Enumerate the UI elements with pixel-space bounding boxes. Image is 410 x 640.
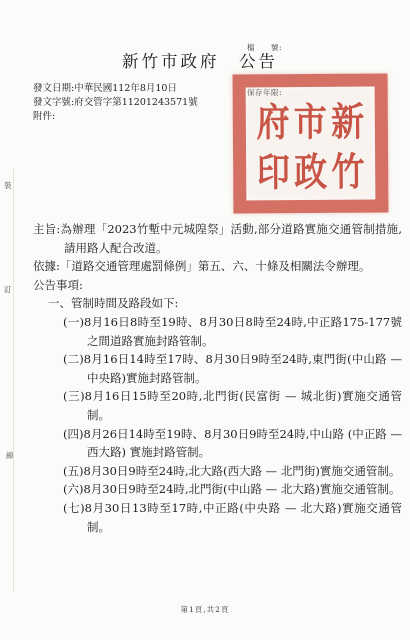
subject-paragraph: 主旨:為辦理「2023竹塹中元城隍祭」活動,部分道路實施交通管制措施,請用路人配… — [33, 220, 402, 257]
basis-text: 「道路交通管理處罰條例」第五、六、十條及相關法令辦理。 — [60, 259, 371, 273]
item-number: (三) — [63, 389, 85, 403]
seal-characters: 府 市 新 印 政 竹 — [254, 93, 367, 194]
page-title: 新竹市政府 公告 — [0, 48, 400, 72]
issue-date-line: 發文日期:中華民國112年8月10日 — [33, 82, 198, 96]
item-number: (七) — [63, 501, 85, 515]
issue-date-value: 中華民國112年8月10日 — [74, 83, 177, 94]
item-number: (五) — [63, 464, 83, 478]
doc-number-label: 發文字號: — [33, 97, 74, 108]
control-item-2: (二)8月16日14時至17時、8月30日9時至24時,東門街(中山路 — 中央… — [63, 350, 402, 387]
control-item-3: (三)8月16日15時至20時,北門街(民富街 — 城北街)實施交通管制。 — [63, 387, 402, 424]
binding-mark-ding: 訂 — [4, 284, 12, 295]
item-one-heading: 一、管制時間及路段如下: — [48, 294, 402, 313]
item-text: 8月26日14時至19時、8月30日9時至24時,中山路 (中正路 — 西大路)… — [84, 427, 402, 460]
subject-text: 為辦理「2023竹塹中元城隍祭」活動,部分道路實施交通管制措施,請用路人配合改道… — [60, 222, 402, 255]
subject-label: 主旨: — [33, 222, 60, 236]
basis-label: 依據: — [33, 259, 60, 273]
document-body: 主旨:為辦理「2023竹塹中元城隍祭」活動,部分道路實施交通管制措施,請用路人配… — [33, 220, 402, 536]
item-text: 8月16日8時至19時、8月30日8時至24時,中正路175-177號之間道路實… — [84, 315, 402, 348]
item-text: 8月30日9時至24時,北大路(西大路 — 北門街)實施交通管制。 — [83, 464, 400, 478]
control-item-6: (六)8月30日9時至24時,北門街(中山路 — 北大路)實施交通管制。 — [63, 480, 402, 499]
document-meta: 發文日期:中華民國112年8月10日 發文字號:府交管字第11201243571… — [33, 82, 198, 123]
item-number: (二) — [63, 352, 84, 366]
attachment-line: 附件: — [33, 110, 198, 124]
basis-paragraph: 依據:「道路交通管理處罰條例」第五、六、十條及相關法令辦理。 — [33, 257, 402, 276]
doc-number-line: 發文字號:府交管字第11201243571號 — [33, 96, 198, 110]
control-item-7: (七)8月30日13時至17時,中正路(中央路 — 北大路)實施交通管制。 — [63, 499, 402, 536]
page-number: 第1頁,共2頁 — [0, 604, 410, 615]
control-item-1: (一)8月16日8時至19時、8月30日8時至24時,中正路175-177號之間… — [63, 313, 402, 350]
seal-char: 政 — [292, 139, 330, 198]
official-seal: 府 市 新 印 政 竹 — [233, 73, 389, 213]
item-text: 8月16日15時至20時,北門街(民富街 — 城北街)實施交通管制。 — [85, 389, 402, 422]
seal-char: 印 — [254, 139, 292, 198]
binding-mark-xian: 線 — [6, 450, 14, 461]
item-text: 8月30日13時至17時,中正路(中央路 — 北大路)實施交通管制。 — [85, 501, 402, 534]
binding-line — [13, 168, 14, 592]
item-number: (一) — [63, 315, 84, 329]
binding-mark-zhuang: 裝 — [4, 180, 12, 191]
item-number: (四) — [63, 427, 84, 441]
issue-date-label: 發文日期: — [33, 83, 74, 94]
item-text: 8月30日9時至24時,北門街(中山路 — 北大路)實施交通管制。 — [83, 482, 400, 496]
doc-number-value: 府交管字第11201243571號 — [74, 97, 198, 108]
seal-char: 竹 — [329, 139, 367, 198]
item-number: (六) — [63, 482, 83, 496]
control-item-4: (四)8月26日14時至19時、8月30日9時至24時,中山路 (中正路 — 西… — [63, 425, 402, 462]
control-item-5: (五)8月30日9時至24時,北大路(西大路 — 北門街)實施交通管制。 — [63, 462, 402, 481]
item-text: 8月16日14時至17時、8月30日9時至24時,東門街(中山路 — 中央路)實… — [84, 352, 402, 385]
attachment-label: 附件: — [33, 111, 55, 122]
announcement-items-label: 公告事項: — [33, 276, 402, 295]
announcement-document: 檔 號: 保存年限: 新竹市政府 公告 府 市 新 印 政 竹 發文日期:中華民… — [0, 0, 410, 640]
